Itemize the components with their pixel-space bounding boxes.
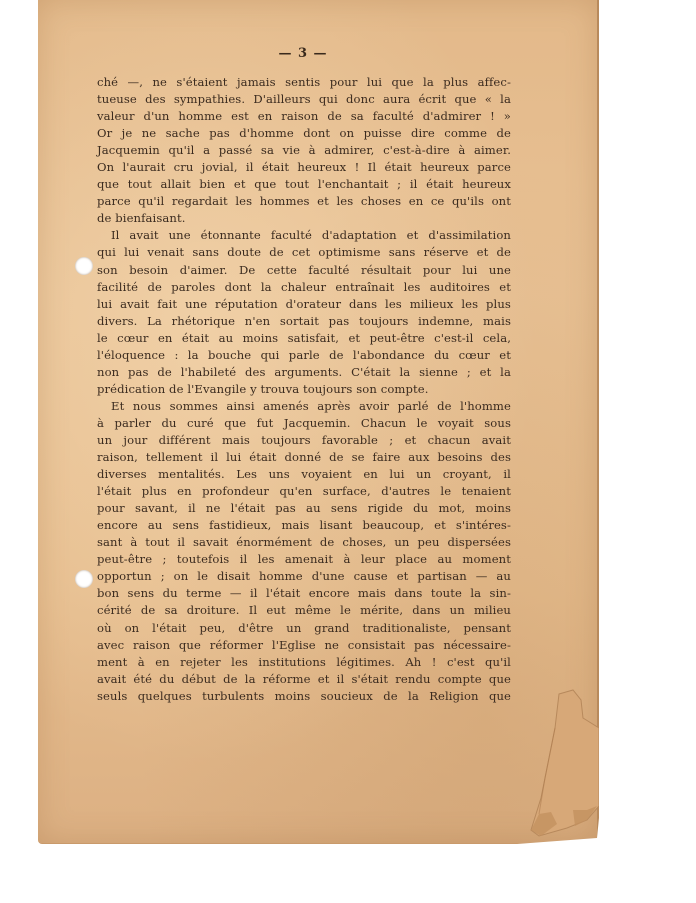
text-line: diverses mentalités. Les uns voyaient en… — [97, 466, 511, 483]
text-line: seuls quelques turbulents moins soucieux… — [97, 688, 511, 705]
text-line: l'était plus en profondeur qu'en surface… — [97, 483, 511, 500]
text-line: le cœur en était au moins satisfait, et … — [97, 330, 511, 347]
text-line: avait été du début de la réforme et il s… — [97, 671, 511, 688]
text-line: ment à en rejeter les institutions légit… — [97, 654, 511, 671]
punch-hole-top — [75, 257, 93, 275]
text-line: qui lui venait sans doute de cet optimis… — [97, 244, 511, 261]
text-line: avec raison que réformer l'Eglise ne con… — [97, 637, 511, 654]
page-number: — 3 — — [38, 46, 568, 61]
text-line: On l'aurait cru jovial, il était heureux… — [97, 159, 511, 176]
text-line: prédication de l'Evangile y trouva toujo… — [97, 381, 511, 398]
text-line: peut-être ; toutefois il les amenait à l… — [97, 551, 511, 568]
text-line: opportun ; on le disait homme d'une caus… — [97, 568, 511, 585]
paragraph-1: ché —, ne s'étaient jamais sentis pour l… — [97, 74, 511, 227]
text-line: où on l'était peu, d'être un grand tradi… — [97, 620, 511, 637]
text-line: divers. La rhétorique n'en sortait pas t… — [97, 313, 511, 330]
text-line: à parler du curé que fut Jacquemin. Chac… — [97, 415, 511, 432]
folded-corner — [517, 688, 599, 844]
text-line: Jacquemin qu'il a passé sa vie à admirer… — [97, 142, 511, 159]
text-line: non pas de l'habileté des arguments. C'é… — [97, 364, 511, 381]
text-line: Il avait une étonnante faculté d'adaptat… — [97, 227, 511, 244]
text-line: l'éloquence : la bouche qui parle de l'a… — [97, 347, 511, 364]
text-line: encore au sens fastidieux, mais lisant b… — [97, 517, 511, 534]
text-line: parce qu'il regardait les hommes et les … — [97, 193, 511, 210]
text-line: bon sens du terme — il l'était encore ma… — [97, 585, 511, 602]
text-line: raison, tellement il lui était donné de … — [97, 449, 511, 466]
scanned-page: — 3 — ché —, ne s'étaient jamais sentis … — [38, 0, 599, 844]
text-line: lui avait fait une réputation d'orateur … — [97, 296, 511, 313]
text-line: pour savant, il ne l'était pas au sens r… — [97, 500, 511, 517]
text-line: de bienfaisant. — [97, 210, 511, 227]
text-line: sant à tout il savait énormément de chos… — [97, 534, 511, 551]
body-text: ché —, ne s'étaient jamais sentis pour l… — [97, 74, 511, 705]
text-line: son besoin d'aimer. De cette faculté rés… — [97, 262, 511, 279]
paragraph-2: Il avait une étonnante faculté d'adaptat… — [97, 227, 511, 397]
text-line: cérité de sa droiture. Il eut même le mé… — [97, 602, 511, 619]
punch-hole-bottom — [75, 570, 93, 588]
text-line: ché —, ne s'étaient jamais sentis pour l… — [97, 74, 511, 91]
text-line: valeur d'un homme est en raison de sa fa… — [97, 108, 511, 125]
text-line: Et nous sommes ainsi amenés après avoir … — [97, 398, 511, 415]
text-line: facilité de paroles dont la chaleur entr… — [97, 279, 511, 296]
paragraph-3: Et nous sommes ainsi amenés après avoir … — [97, 398, 511, 705]
text-line: Or je ne sache pas d'homme dont on puiss… — [97, 125, 511, 142]
text-line: que tout allait bien et que tout l'encha… — [97, 176, 511, 193]
text-line: tueuse des sympathies. D'ailleurs qui do… — [97, 91, 511, 108]
text-line: un jour différent mais toujours favorabl… — [97, 432, 511, 449]
